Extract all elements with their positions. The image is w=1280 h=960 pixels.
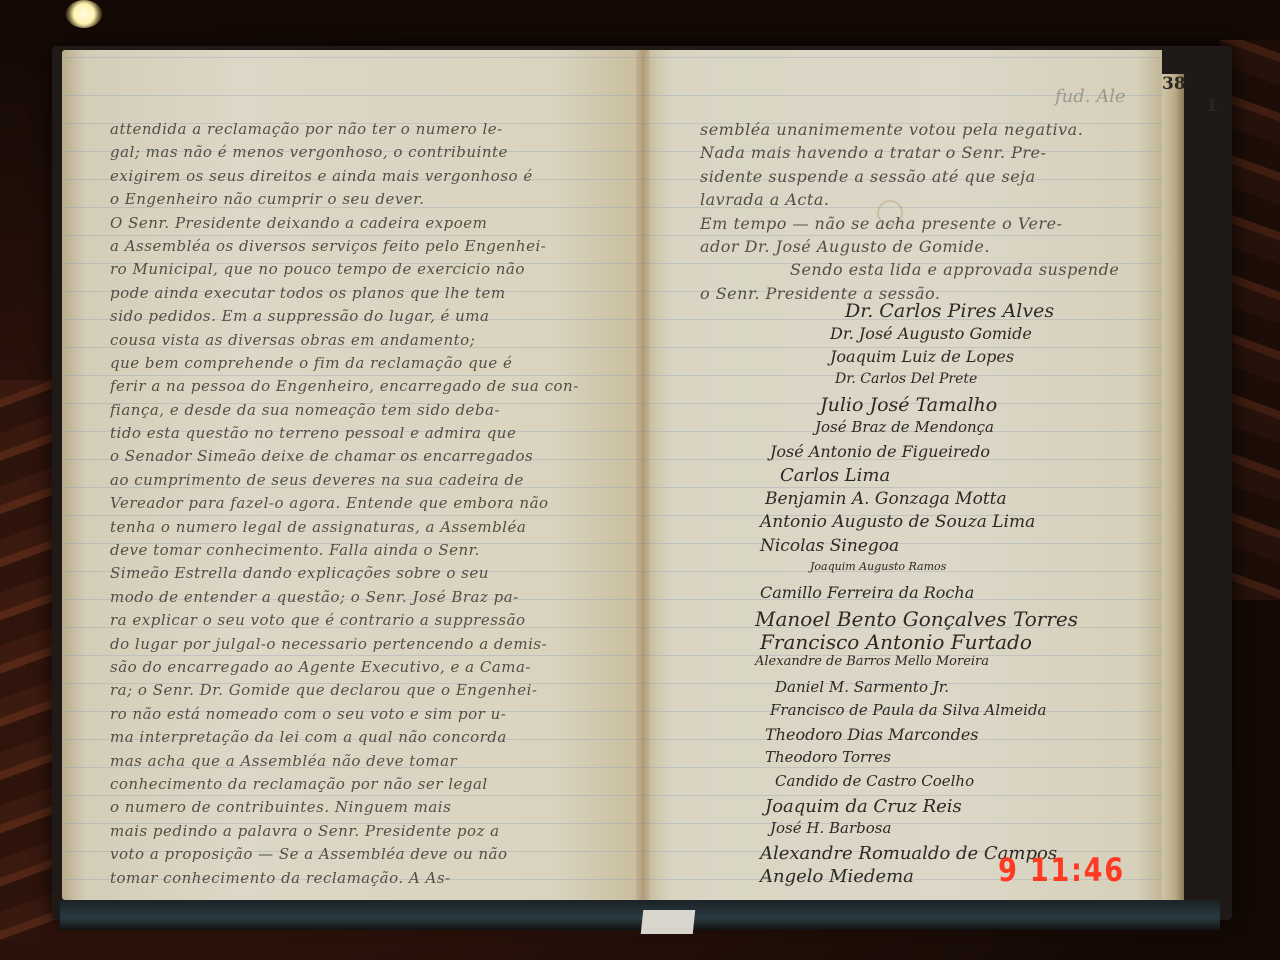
carpet-background-left — [0, 380, 60, 940]
handwritten-line: tido esta questão no terreno pessoal e a… — [110, 422, 630, 445]
handwritten-line: voto a proposição — Se a Assembléa deve … — [110, 843, 630, 866]
handwritten-line: conhecimento da reclamação por não ser l… — [110, 773, 630, 796]
signature: Julio José Tamalho — [820, 394, 997, 416]
handwritten-line: Em tempo — não se acha presente o Vere- — [700, 212, 1180, 235]
pencil-note: fud. Ale — [1055, 86, 1126, 107]
handwritten-line: Simeão Estrella dando explicações sobre … — [110, 562, 630, 585]
handwritten-line: ro não está nomeado com o seu voto e sim… — [110, 703, 630, 726]
signature: Candido de Castro Coelho — [775, 772, 974, 790]
signature: Benjamin A. Gonzaga Motta — [765, 489, 1007, 509]
left-page-text: attendida a reclamação por não ter o num… — [110, 118, 630, 890]
book-spine — [636, 50, 650, 900]
signature: Angelo Miedema — [760, 866, 914, 887]
handwritten-line: pode ainda executar todos os planos que … — [110, 282, 630, 305]
light-reflection — [66, 0, 102, 28]
handwritten-line: ro Municipal, que no pouco tempo de exer… — [110, 258, 630, 281]
handwritten-line: o Engenheiro não cumprir o seu dever. — [110, 188, 630, 211]
handwritten-line: deve tomar conhecimento. Falla ainda o S… — [110, 539, 630, 562]
handwritten-line: exigirem os seus direitos e ainda mais v… — [110, 165, 630, 188]
signature: Dr. Carlos Pires Alves — [845, 300, 1054, 322]
handwritten-line: ra; o Senr. Dr. Gomide que declarou que … — [110, 679, 630, 702]
edge-marker: 1 — [1206, 96, 1218, 116]
signature: Theodoro Torres — [765, 748, 891, 766]
handwritten-line: mais pedindo a palavra o Senr. President… — [110, 820, 630, 843]
signature: Joaquim da Cruz Reis — [765, 796, 962, 817]
signature: Manoel Bento Gonçalves Torres — [755, 607, 1078, 631]
handwritten-line: cousa vista as diversas obras em andamen… — [110, 329, 630, 352]
handwritten-line: que bem comprehende o fim da reclamação … — [110, 352, 630, 375]
handwritten-line: ra explicar o seu voto que é contrario a… — [110, 609, 630, 632]
handwritten-line: do lugar por julgal-o necessario pertenc… — [110, 633, 630, 656]
handwritten-line: são do encarregado ao Agente Executivo, … — [110, 656, 630, 679]
handwritten-line: sido pedidos. Em a suppressão do lugar, … — [110, 305, 630, 328]
handwritten-line: a Assembléa os diversos serviços feito p… — [110, 235, 630, 258]
signature: Francisco de Paula da Silva Almeida — [770, 701, 1047, 719]
signature: Alexandre de Barros Mello Moreira — [755, 654, 989, 669]
handwritten-line: lavrada a Acta. — [700, 188, 1180, 211]
page-number: 38 — [1162, 74, 1186, 94]
signature: José Antonio de Figueiredo — [770, 442, 990, 461]
signature: Camillo Ferreira da Rocha — [760, 583, 974, 602]
signature: Nicolas Sinegoa — [760, 536, 899, 556]
handwritten-line: ao cumprimento de seus deveres na sua ca… — [110, 469, 630, 492]
signature: Joaquim Augusto Ramos — [810, 560, 946, 573]
paper-tab — [641, 910, 696, 934]
handwritten-line: attendida a reclamação por não ter o num… — [110, 118, 630, 141]
handwritten-line: Sendo esta lida e approvada suspende — [700, 258, 1180, 281]
handwritten-line: ador Dr. José Augusto de Gomide. — [700, 235, 1180, 258]
signature: Theodoro Dias Marcondes — [765, 725, 979, 744]
signature: Joaquim Luiz de Lopes — [830, 347, 1014, 366]
handwritten-line: o Senador Simeão deixe de chamar os enca… — [110, 445, 630, 468]
book-cover-edge — [60, 900, 1220, 930]
handwritten-line: ma interpretação da lei com a qual não c… — [110, 726, 630, 749]
handwritten-line: mas acha que a Assembléa não deve tomar — [110, 750, 630, 773]
signature: Dr. Carlos Del Prete — [835, 371, 977, 387]
handwritten-line: tenha o numero legal de assignaturas, a … — [110, 516, 630, 539]
handwritten-line: gal; mas não é menos vergonhoso, o contr… — [110, 141, 630, 164]
handwritten-line: tomar conhecimento da reclamação. A As- — [110, 867, 630, 890]
camera-timestamp: 9 11:46 — [998, 851, 1125, 889]
handwritten-line: O Senr. Presidente deixando a cadeira ex… — [110, 212, 630, 235]
signature: Daniel M. Sarmento Jr. — [775, 678, 949, 696]
handwritten-line: ferir a na pessoa do Engenheiro, encarre… — [110, 375, 630, 398]
handwritten-line: fiança, e desde da sua nomeação tem sido… — [110, 399, 630, 422]
right-page-text: sembléa unanimemente votou pela negativa… — [700, 118, 1180, 305]
signature: Dr. José Augusto Gomide — [830, 324, 1032, 343]
signature: Francisco Antonio Furtado — [760, 630, 1032, 654]
photo-scene: fud. Ale 38 1 attendida a reclamação por… — [0, 0, 1280, 960]
signature: Carlos Lima — [780, 465, 890, 486]
handwritten-line: sidente suspende a sessão até que seja — [700, 165, 1180, 188]
handwritten-line: sembléa unanimemente votou pela negativa… — [700, 118, 1180, 141]
handwritten-line: modo de entender a questão; o Senr. José… — [110, 586, 630, 609]
handwritten-line: Vereador para fazel-o agora. Entende que… — [110, 492, 630, 515]
signature: José Braz de Mendonça — [815, 418, 994, 436]
signature: Antonio Augusto de Souza Lima — [760, 512, 1035, 532]
handwritten-line: Nada mais havendo a tratar o Senr. Pre- — [700, 141, 1180, 164]
handwritten-line: o numero de contribuintes. Ninguem mais — [110, 796, 630, 819]
signature: José H. Barbosa — [770, 819, 891, 837]
